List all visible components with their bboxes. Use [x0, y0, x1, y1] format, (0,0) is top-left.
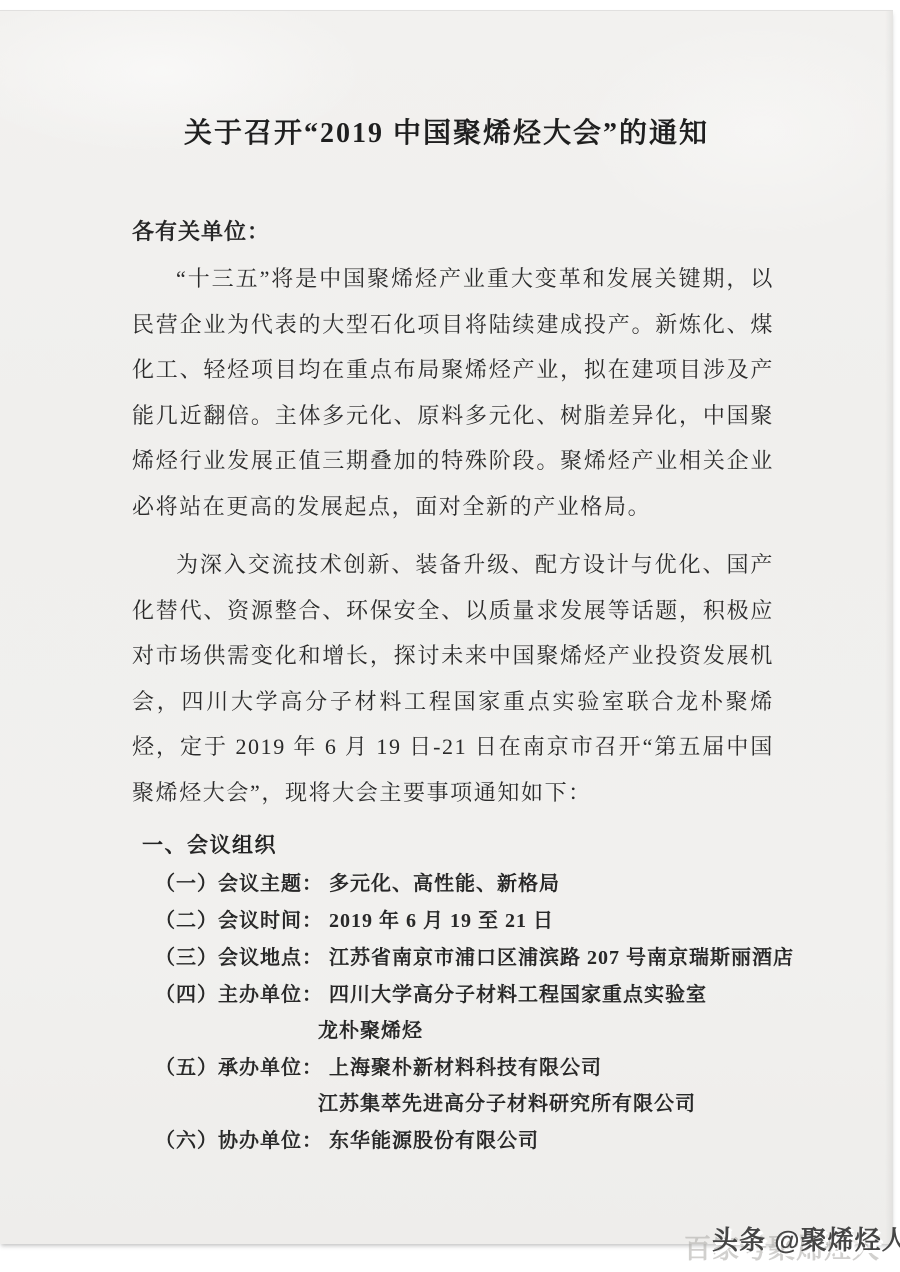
list-item-co-organizer: （六）协办单位：东华能源股份有限公司: [155, 1130, 893, 1153]
list-item-value: 上海聚朴新材料科技有限公司: [329, 1057, 602, 1079]
list-item-organizer-continuation: 江苏集萃先进高分子材料研究所有限公司: [155, 1093, 893, 1116]
paper-edge-shadow: [885, 11, 893, 1244]
list-item-value: 多元化、高性能、新格局: [329, 873, 560, 895]
list-item-label: （六）协办单位：: [155, 1130, 323, 1152]
list-item-label: （四）主办单位：: [155, 984, 323, 1006]
list-item-location: （三）会议地点：江苏省南京市浦口区浦滨路 207 号南京瑞斯丽酒店: [155, 947, 893, 970]
list-item-value: 2019 年 6 月 19 至 21 日: [329, 910, 554, 932]
section-heading-meeting-organization: 一、会议组织: [142, 829, 893, 859]
list-item-label: （三）会议地点：: [155, 947, 323, 969]
list-item-label: （一）会议主题：: [155, 873, 323, 895]
list-item-label: （五）承办单位：: [155, 1057, 323, 1079]
document-title: 关于召开“2019 中国聚烯烃大会”的通知: [0, 11, 893, 151]
toutiao-watermark: 头条 @聚烯烃人: [712, 1220, 900, 1257]
list-item-value: 四川大学高分子材料工程国家重点实验室: [329, 984, 707, 1006]
body-paragraph-2: 为深入交流技术创新、装备升级、配方设计与优化、国产化替代、资源整合、环保安全、以…: [132, 542, 774, 815]
list-item-theme: （一）会议主题：多元化、高性能、新格局: [155, 873, 893, 896]
list-item-time: （二）会议时间：2019 年 6 月 19 至 21 日: [155, 910, 893, 933]
body-paragraph-1: “十三五”将是中国聚烯烃产业重大变革和发展关键期，以民营企业为代表的大型石化项目…: [132, 256, 774, 529]
list-item-host: （四）主办单位：四川大学高分子材料工程国家重点实验室: [155, 984, 893, 1007]
salutation: 各有关单位：: [132, 215, 893, 246]
meeting-info-list: （一）会议主题：多元化、高性能、新格局 （二）会议时间：2019 年 6 月 1…: [155, 873, 893, 1153]
list-item-host-continuation: 龙朴聚烯烃: [155, 1020, 893, 1043]
list-item-label: （二）会议时间：: [155, 910, 323, 932]
list-item-value: 江苏省南京市浦口区浦滨路 207 号南京瑞斯丽酒店: [329, 947, 794, 969]
list-item-organizer: （五）承办单位：上海聚朴新材料科技有限公司: [155, 1057, 893, 1080]
scanned-notice-page: 关于召开“2019 中国聚烯烃大会”的通知 各有关单位： “十三五”将是中国聚烯…: [0, 10, 893, 1244]
list-item-value: 东华能源股份有限公司: [329, 1130, 539, 1152]
